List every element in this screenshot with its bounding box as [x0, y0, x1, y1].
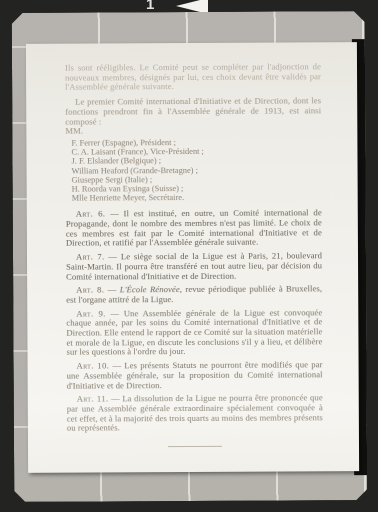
article-label: Art. 8.	[76, 285, 104, 295]
intro-paragraph: Ils sont rééligibles. Le Comité peut se …	[65, 62, 321, 92]
article-6: Art. 6. — Il est institué, en outre, un …	[66, 209, 322, 249]
article-11: Art. 11. — La dissolution de la Ligue ne…	[67, 394, 323, 434]
article-text: — Le siège social de la Ligue est à Pari…	[66, 250, 322, 281]
article-label: Art. 11.	[77, 394, 109, 404]
prev-frame-icon[interactable]	[176, 0, 208, 14]
article-label: Art. 7.	[76, 252, 105, 262]
article-label: Art. 9.	[76, 308, 106, 318]
card-mount: Ils sont rééligibles. Le Comité peut se …	[12, 11, 368, 502]
section-end-rule	[168, 446, 222, 447]
article-10: Art. 10. — Les présents Statuts ne pourr…	[67, 360, 323, 390]
article-text: —	[108, 285, 120, 295]
article-8: Art. 8. — L'École Rénovée, revue périodi…	[66, 285, 322, 306]
document-page: Ils sont rééligibles. Le Comité peut se …	[26, 42, 359, 473]
article-9: Art. 9. — Une Assemblée générale de la L…	[66, 308, 322, 358]
committee-members-list: F. Ferrer (Espagne), Président ; C. A. L…	[71, 137, 321, 203]
intro-paragraph: Le premier Comité international d'Initia…	[65, 96, 321, 126]
members-heading: MM.	[65, 126, 321, 137]
article-text: — Une Assemblée générale de la Ligue est…	[66, 307, 322, 357]
article-7: Art. 7. — Le siège social de la Ligue es…	[66, 251, 322, 281]
article-label: Art. 6.	[76, 209, 106, 219]
article-label: Art. 10.	[77, 361, 110, 371]
frame-number: 1	[146, 0, 155, 13]
microfilm-stage: 1 Ils sont rééligibles. Le Comité peut s…	[0, 0, 378, 512]
member-line: Mlle Henriette Meyer, Secrétaire.	[72, 192, 322, 203]
article-text: , revue périodique publiée à Bruxelles, …	[66, 284, 322, 305]
